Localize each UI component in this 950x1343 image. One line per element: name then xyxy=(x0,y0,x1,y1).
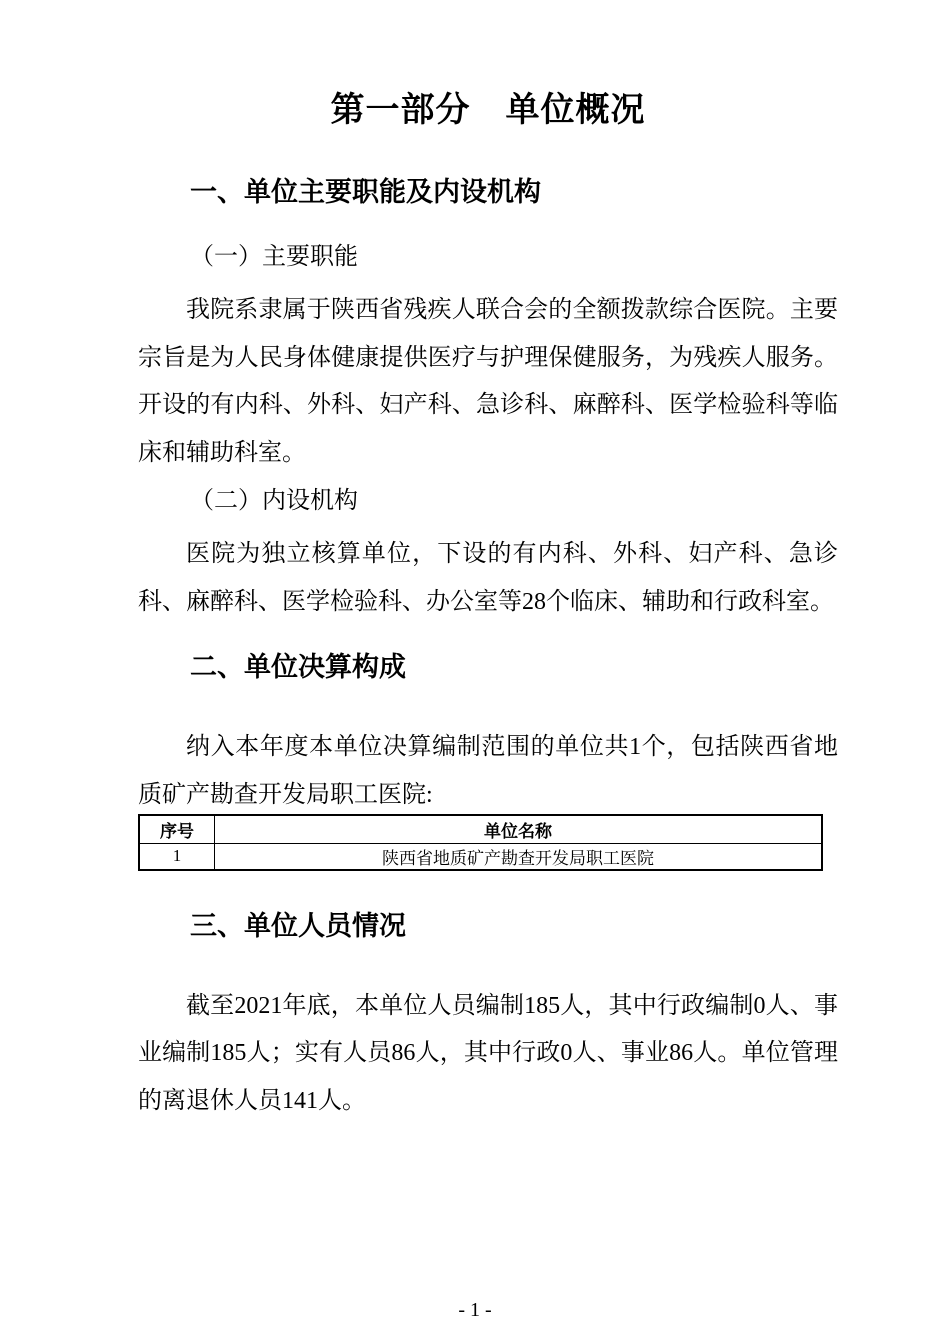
section-1-heading: 一、单位主要职能及内设机构 xyxy=(138,177,838,207)
section-1-paragraph-1: 我院系隶属于陕西省残疾人联合会的全额拨款综合医院。主要宗旨是为人民身体健康提供医… xyxy=(138,287,838,478)
document-page: 第一部分 单位概况 一、单位主要职能及内设机构 （一）主要职能 我院系隶属于陕西… xyxy=(0,0,950,1343)
section-2-heading: 二、单位决算构成 xyxy=(138,652,838,682)
section-3-paragraph: 截至2021年底，本单位人员编制185人，其中行政编制0人、事业编制185人；实… xyxy=(138,983,838,1126)
section-3-heading: 三、单位人员情况 xyxy=(138,911,838,941)
section-1-subheading-2: （二）内设机构 xyxy=(138,487,838,515)
document-title: 第一部分 单位概况 xyxy=(138,90,838,130)
section-1-subheading-1: （一）主要职能 xyxy=(138,243,838,271)
unit-list-table: 序号 单位名称 1 陕西省地质矿产勘查开发局职工医院 xyxy=(138,814,823,871)
table-cell-unit-name: 陕西省地质矿产勘查开发局职工医院 xyxy=(215,843,823,870)
table-row: 1 陕西省地质矿产勘查开发局职工医院 xyxy=(139,843,822,870)
page-number: - 1 - xyxy=(0,1298,950,1322)
section-1-paragraph-2: 医院为独立核算单位，下设的有内科、外科、妇产科、急诊科、麻醉科、医学检验科、办公… xyxy=(138,531,838,626)
document-content: 第一部分 单位概况 一、单位主要职能及内设机构 （一）主要职能 我院系隶属于陕西… xyxy=(0,90,950,1126)
table-cell-index: 1 xyxy=(139,843,215,870)
section-2-paragraph: 纳入本年度本单位决算编制范围的单位共1个，包括陕西省地质矿产勘查开发局职工医院: xyxy=(138,724,838,819)
